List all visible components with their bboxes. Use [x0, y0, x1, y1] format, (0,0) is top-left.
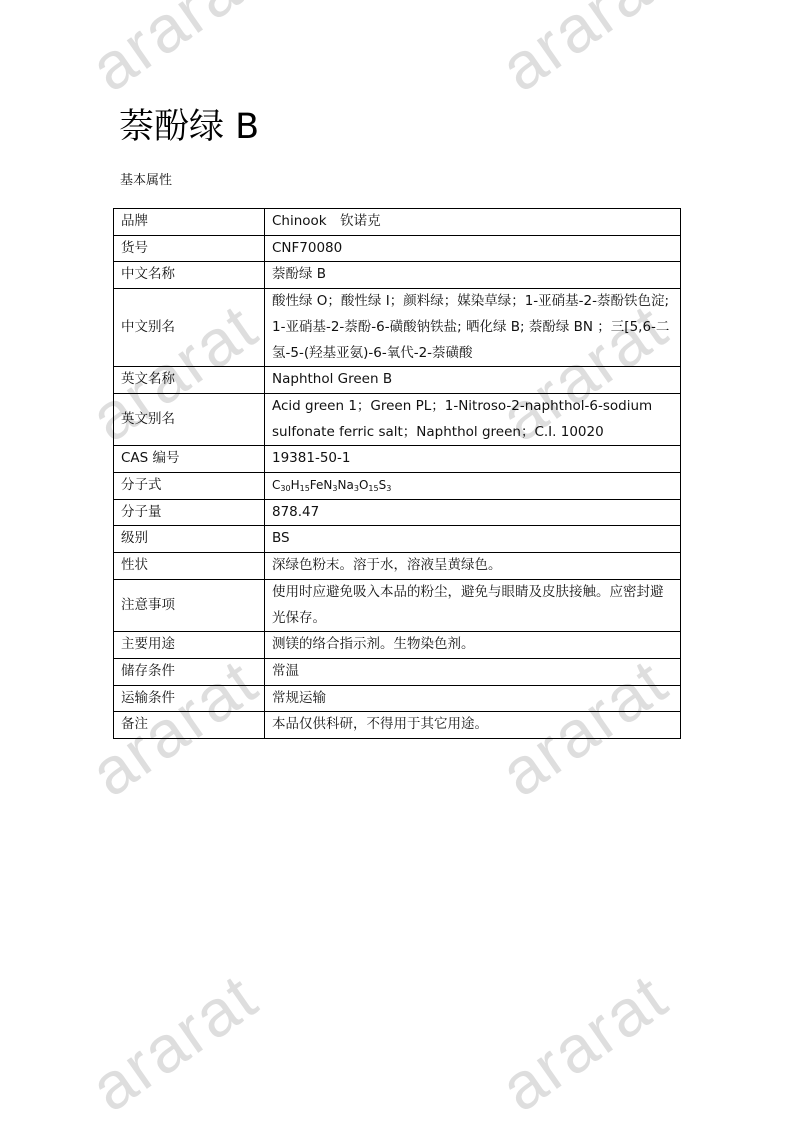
property-key: 主要用途: [114, 632, 265, 659]
watermark: ararat: [486, 0, 681, 106]
property-value: Chinook 钦诺克: [265, 209, 681, 236]
property-value: Acid green 1；Green PL；1-Nitroso-2-naphth…: [265, 393, 681, 445]
property-key: 中文别名: [114, 289, 265, 367]
table-row: 货号 CNF70080: [114, 235, 681, 262]
property-key: 备注: [114, 712, 265, 739]
page-title: 萘酚绿 B: [119, 104, 259, 150]
property-key: 级别: [114, 526, 265, 553]
property-value: 萘酚绿 B: [265, 262, 681, 289]
property-key: 货号: [114, 235, 265, 262]
table-row: 中文别名 酸性绿 O；酸性绿 I；颜料绿；媒染草绿；1-亚硝基-2-萘酚铁色淀;…: [114, 289, 681, 367]
property-key: 英文名称: [114, 367, 265, 394]
property-value: BS: [265, 526, 681, 553]
watermark: ararat: [486, 958, 681, 1122]
property-value: Naphthol Green B: [265, 367, 681, 394]
property-key: 分子量: [114, 499, 265, 526]
property-key: 中文名称: [114, 262, 265, 289]
properties-table: 品牌 Chinook 钦诺克 货号 CNF70080 中文名称 萘酚绿 B 中文…: [113, 208, 681, 739]
property-value: 878.47: [265, 499, 681, 526]
formula-part: Na3: [338, 478, 359, 492]
formula-part: C30: [272, 478, 291, 492]
property-value: 使用时应避免吸入本品的粉尘，避免与眼睛及皮肤接触。应密封避光保存。: [265, 579, 681, 631]
watermark: ararat: [76, 958, 271, 1122]
section-label: 基本属性: [120, 172, 172, 190]
property-value: CNF70080: [265, 235, 681, 262]
watermark: ararat: [76, 0, 271, 106]
table-row: CAS 编号 19381-50-1: [114, 446, 681, 473]
table-row: 级别 BS: [114, 526, 681, 553]
table-row: 运输条件 常规运输: [114, 685, 681, 712]
property-value: 19381-50-1: [265, 446, 681, 473]
table-row: 储存条件 常温: [114, 658, 681, 685]
table-row: 分子量 878.47: [114, 499, 681, 526]
property-key: 品牌: [114, 209, 265, 236]
property-key: 运输条件: [114, 685, 265, 712]
table-row: 分子式 C30H15FeN3Na3O15S3: [114, 473, 681, 500]
molecular-formula: C30H15FeN3Na3O15S3: [265, 473, 681, 500]
property-key: 储存条件: [114, 658, 265, 685]
table-row: 英文名称 Naphthol Green B: [114, 367, 681, 394]
table-row: 英文别名 Acid green 1；Green PL；1-Nitroso-2-n…: [114, 393, 681, 445]
formula-part: FeN3: [310, 478, 338, 492]
property-key: 性状: [114, 553, 265, 580]
formula-part: O15: [359, 478, 379, 492]
property-key: 分子式: [114, 473, 265, 500]
property-value: 常温: [265, 658, 681, 685]
table-row: 性状 深绿色粉末。溶于水，溶液呈黄绿色。: [114, 553, 681, 580]
property-key: CAS 编号: [114, 446, 265, 473]
property-key: 英文别名: [114, 393, 265, 445]
property-value: 酸性绿 O；酸性绿 I；颜料绿；媒染草绿；1-亚硝基-2-萘酚铁色淀; 1-亚硝…: [265, 289, 681, 367]
property-value: 本品仅供科研，不得用于其它用途。: [265, 712, 681, 739]
formula-part: H15: [291, 478, 310, 492]
property-value: 深绿色粉末。溶于水，溶液呈黄绿色。: [265, 553, 681, 580]
table-row: 品牌 Chinook 钦诺克: [114, 209, 681, 236]
property-value: 测镁的络合指示剂。生物染色剂。: [265, 632, 681, 659]
property-value: 常规运输: [265, 685, 681, 712]
table-row: 注意事项 使用时应避免吸入本品的粉尘，避免与眼睛及皮肤接触。应密封避光保存。: [114, 579, 681, 631]
table-row: 中文名称 萘酚绿 B: [114, 262, 681, 289]
formula-part: S3: [379, 478, 392, 492]
table-row: 备注 本品仅供科研，不得用于其它用途。: [114, 712, 681, 739]
property-key: 注意事项: [114, 579, 265, 631]
table-row: 主要用途 测镁的络合指示剂。生物染色剂。: [114, 632, 681, 659]
